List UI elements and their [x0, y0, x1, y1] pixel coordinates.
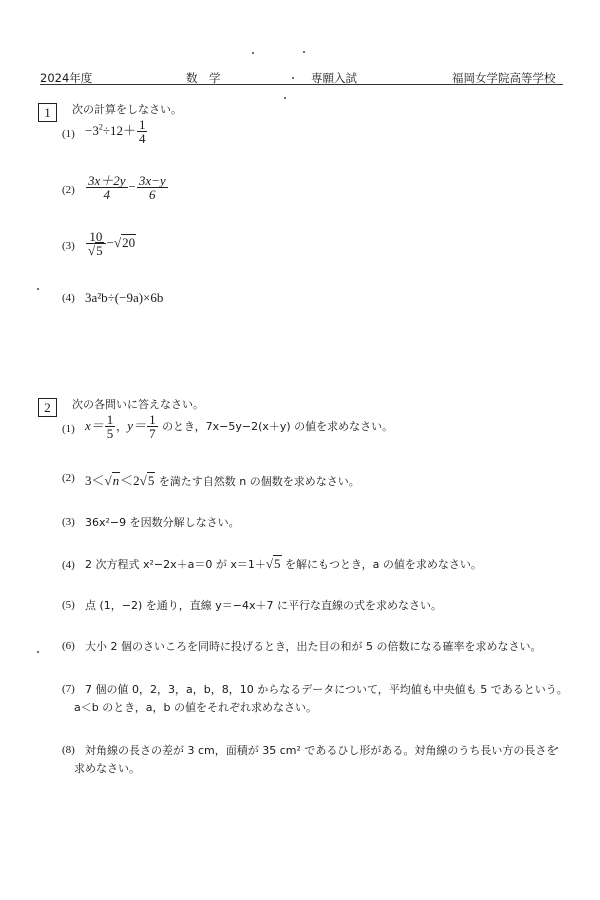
- question-text: 2 次方程式 x²−2x＋a＝0 が x＝1＋√5 を解にもつとき，a の値を求…: [85, 556, 482, 572]
- question-text: x＝15，y＝17 のとき，7x−5y−2(x＋y) の値を求めなさい。: [85, 413, 393, 441]
- scan-speck: [284, 97, 286, 99]
- section-instruction: 次の各問いに答えなさい。: [72, 396, 204, 412]
- question-expression: 3x＋2y4−3x−y6: [85, 174, 169, 202]
- question-label: (1): [62, 423, 75, 435]
- section-number-box: 2: [38, 398, 57, 417]
- question-text: 大小 2 個のさいころを同時に投げるとき，出た目の和が 5 の倍数になる確率を求…: [85, 638, 542, 654]
- question-text-line1: 7 個の値 0，2，3，a，b，8，10 からなるデータについて，平均値も中央値…: [85, 681, 568, 697]
- scan-speck: [252, 52, 254, 54]
- section-number-box: 1: [38, 103, 57, 122]
- scan-speck: [303, 51, 305, 53]
- question-label: (1): [62, 128, 75, 140]
- question-label: (2): [62, 184, 75, 196]
- section-instruction: 次の計算をしなさい。: [72, 101, 182, 117]
- scan-speck: [292, 77, 294, 79]
- question-label: (4): [62, 559, 75, 571]
- question-label: (3): [62, 240, 75, 252]
- question-text-line2: a＜b のとき，a，b の値をそれぞれ求めなさい。: [74, 699, 317, 715]
- question-expression: 10√5−√20: [85, 230, 136, 258]
- question-expression: −32÷12＋14: [85, 118, 148, 146]
- header-underline: [40, 84, 563, 85]
- question-label: (2): [62, 472, 75, 484]
- question-label: (5): [62, 599, 75, 611]
- question-label: (6): [62, 640, 75, 652]
- question-text-line1: 対角線の長さの差が 3 cm，面積が 35 cm² であるひし形がある。対角線の…: [85, 742, 557, 758]
- question-label: (8): [62, 744, 75, 756]
- question-text: 3＜√n＜2√5 を満たす自然数 n の個数を求めなさい。: [85, 470, 360, 489]
- scan-speck: [37, 651, 39, 653]
- question-label: (4): [62, 292, 75, 304]
- question-expression: 3a²b÷(−9a)×6b: [85, 290, 163, 306]
- question-label: (7): [62, 683, 75, 695]
- question-text: 36x²−9 を因数分解しなさい。: [85, 514, 240, 530]
- question-text-line2: 求めなさい。: [74, 760, 140, 776]
- question-label: (3): [62, 516, 75, 528]
- scan-speck: [37, 288, 39, 290]
- question-text: 点 (1，−2) を通り，直線 y＝−4x＋7 に平行な直線の式を求めなさい。: [85, 597, 442, 613]
